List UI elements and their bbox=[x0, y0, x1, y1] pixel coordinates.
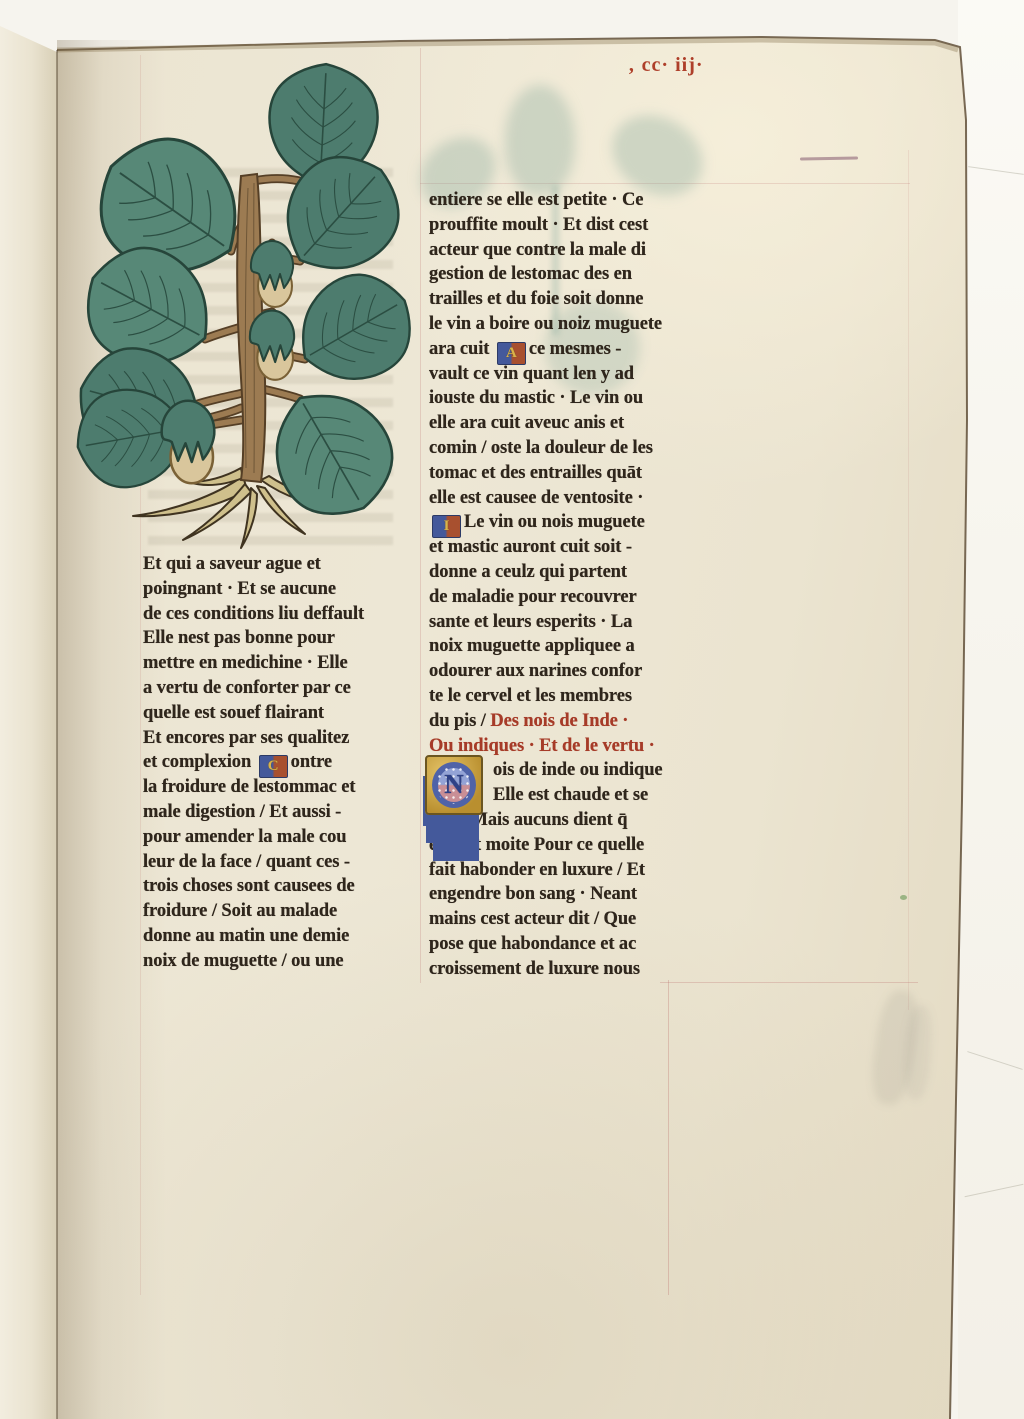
text-line: noix de muguette / ou une bbox=[143, 949, 405, 974]
rubric: Des nois de Inde · bbox=[490, 711, 628, 731]
text-line: fait habonder en luxure / Et bbox=[429, 858, 705, 883]
text-line: Elle nest pas bonne pour bbox=[143, 626, 405, 651]
text-line: et mastic auront cuit soit - bbox=[429, 535, 705, 560]
green-spot bbox=[900, 895, 907, 900]
text-line: poingnant · Et se aucune bbox=[143, 577, 405, 602]
text-line: froidure / Soit au malade bbox=[143, 899, 405, 924]
text-line: tomac et des entrailles quāt bbox=[429, 461, 705, 486]
text-line: acteur que contre la male di bbox=[429, 238, 705, 263]
text-line: gestion de lestomac des en bbox=[429, 262, 705, 287]
text-line: entiere se elle est petite · Ce bbox=[429, 188, 705, 213]
illuminated-initial-large: N bbox=[425, 755, 483, 815]
text-line: male digestion / Et aussi - bbox=[143, 800, 405, 825]
ruling-line bbox=[908, 150, 909, 1010]
text-line: elle ara cuit aveuc anis et bbox=[429, 411, 705, 436]
text-line: le vin a boire ou noiz muguete bbox=[429, 312, 705, 337]
folio-number: ‚ cc· iij· bbox=[628, 54, 768, 77]
text-line: trois choses sont causees de bbox=[143, 874, 405, 899]
text-line: noix muguette appliquee a bbox=[429, 634, 705, 659]
text-line: et complexion Contre bbox=[143, 750, 405, 775]
manuscript-scan: ‚ cc· iij· bbox=[0, 0, 1024, 1419]
nutmeg-plant-illustration bbox=[55, 48, 415, 568]
text-line: la froidure de lestommac et bbox=[143, 775, 405, 800]
text-line: prouffite moult · Et dist cest bbox=[429, 213, 705, 238]
text-line: de ces conditions liu deffault bbox=[143, 602, 405, 627]
text-line: engendre bon sang · Neant bbox=[429, 882, 705, 907]
rubric: Ou indiques · Et de le vertu · bbox=[429, 736, 655, 756]
text-line: comin / oste la douleur de les bbox=[429, 436, 705, 461]
right-text-column: entiere se elle est petite · Ce prouffit… bbox=[429, 188, 705, 982]
text-line: elle est moite Pour ce quelle bbox=[429, 833, 705, 858]
backing-page bbox=[958, 0, 1024, 1419]
gutter-page-stack bbox=[0, 0, 57, 1419]
show-through-leaf bbox=[505, 85, 575, 195]
left-text-column: Et qui a saveur ague et poingnant · Et s… bbox=[143, 552, 405, 974]
text-line: leur de la face / quant ces - bbox=[143, 850, 405, 875]
text-line: ILe vin ou nois muguete bbox=[429, 510, 705, 535]
text-line: iouste du mastic · Le vin ou bbox=[429, 386, 705, 411]
text-line: elle est causee de ventosite · bbox=[429, 486, 705, 511]
text-line: pour amender la male cou bbox=[143, 825, 405, 850]
text-line: mains cest acteur dit / Que bbox=[429, 907, 705, 932]
ruling-line bbox=[660, 982, 918, 983]
text-line: donne au matin une demie bbox=[143, 924, 405, 949]
text-line: Et qui a saveur ague et bbox=[143, 552, 405, 577]
text-line: donne a ceulz qui partent bbox=[429, 560, 705, 585]
text-line: sante et leurs esperits · La bbox=[429, 610, 705, 635]
text-line: a vertu de conforter par ce bbox=[143, 676, 405, 701]
text-line: odourer aux narines confor bbox=[429, 659, 705, 684]
illuminated-initial: C bbox=[259, 755, 288, 778]
illuminated-initial: I bbox=[432, 515, 461, 538]
text-line: croissement de luxure nous bbox=[429, 957, 705, 982]
text-line: mettre en medichine · Elle bbox=[143, 651, 405, 676]
text-line: quelle est souef flairant bbox=[143, 701, 405, 726]
illuminated-initial: A bbox=[497, 342, 526, 365]
text-line: du pis / Des nois de Inde · bbox=[429, 709, 705, 734]
text-line: Et encores par ses qualitez bbox=[143, 726, 405, 751]
text-line: de maladie pour recouvrer bbox=[429, 585, 705, 610]
ruling-line bbox=[668, 980, 669, 1295]
text-line: te le cervel et les membres bbox=[429, 684, 705, 709]
text-line: trailles et du foie soit donne bbox=[429, 287, 705, 312]
text-line: ara cuit Ace mesmes - bbox=[429, 337, 705, 362]
text-line: pose que habondance et ac bbox=[429, 932, 705, 957]
text-line: vault ce vin quant len y ad bbox=[429, 362, 705, 387]
